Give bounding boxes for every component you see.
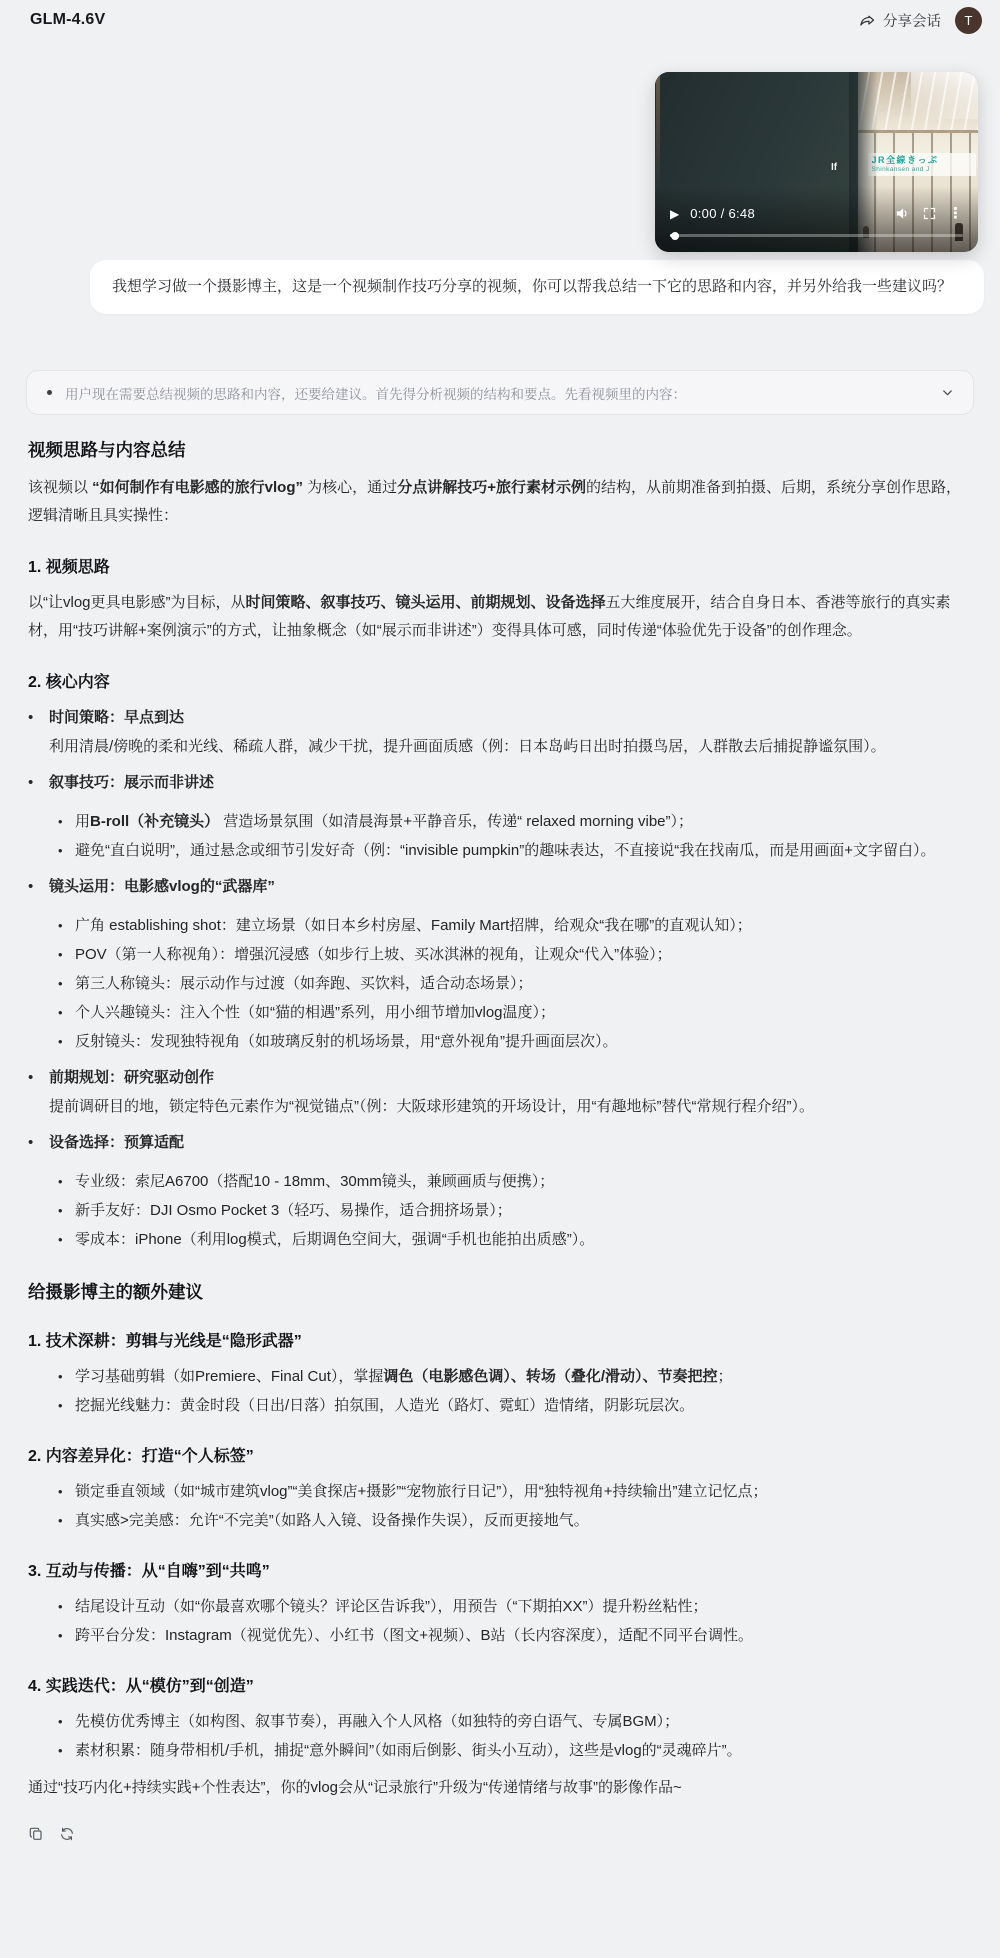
fullscreen-button[interactable] (922, 206, 937, 221)
answer-text: 广角 establishing shot：建立场景（如日本乡村房屋、Family… (75, 917, 752, 934)
user-message: 我想学习做一个摄影博主，这是一个视频制作技巧分享的视频，你可以帮我总结一下它的思… (90, 260, 984, 314)
answer-text: 2. 内容差异化：打造“个人标签” (28, 1448, 254, 1465)
answer-text: POV（第一人称视角）：增强沉浸感（如步行上坡、买冰淇淋的视角，让观众“代入”体… (75, 946, 672, 963)
answer-text-bold: 时间策略、叙事技巧、镜头运用、前期规划、设备选择 (246, 594, 606, 611)
answer-text: 锁定垂直领域（如“城市建筑vlog”“美食探店+摄影”“宠物旅行日记”），用“独… (75, 1483, 768, 1500)
list-item-text: 广角 establishing shot：建立场景（如日本乡村房屋、Family… (75, 912, 752, 939)
answer-text: 先模仿优秀博主（如构图、叙事节奏），再融入个人风格（如独特的旁白语气、专属BGM… (75, 1713, 679, 1730)
answer-block-li2: •用B-roll（补充镜头） 营造场景氛围（如清晨海景+平静音乐，传递“ rel… (58, 808, 970, 835)
bullet-icon: • (58, 1622, 75, 1649)
list-item-text: 个人兴趣镜头：注入个性（如“猫的相遇”系列，用小细节增加vlog温度）； (75, 999, 555, 1026)
regenerate-button[interactable] (59, 1826, 75, 1842)
answer-text: 个人兴趣镜头：注入个性（如“猫的相遇”系列，用小细节增加vlog温度）； (75, 1004, 555, 1021)
answer-block-h3: 2. 内容差异化：打造“个人标签” (28, 1443, 970, 1466)
chat-page: GLM-4.6V 分享会话 T JR全線きっぷ Shinkansen and J (0, 0, 1000, 1958)
answer-text: 跨平台分发：Instagram（视觉优先）、小红书（图文+视频）、B站（长内容深… (75, 1627, 753, 1644)
answer-block-li2: •POV（第一人称视角）：增强沉浸感（如步行上坡、买冰淇淋的视角，让观众“代入”… (58, 941, 970, 968)
list-item-text: 专业级：索尼A6700（搭配10 - 18mm、30mm镜头，兼顾画质与便携）； (75, 1168, 554, 1195)
answer-block-h3: 1. 技术深耕：剪辑与光线是“隐形武器” (28, 1328, 970, 1351)
answer-text-bold: 前期规划：研究驱动创作 (49, 1069, 214, 1086)
answer-block-li2: •广角 establishing shot：建立场景（如日本乡村房屋、Famil… (58, 912, 970, 939)
list-item-text: 先模仿优秀博主（如构图、叙事节奏），再融入个人风格（如独特的旁白语气、专属BGM… (75, 1708, 679, 1735)
answer-block-li2: •结尾设计互动（如“你最喜欢哪个镜头？评论区告诉我”），用预告（“下期拍XX”）… (58, 1593, 970, 1620)
list-item-text: POV（第一人称视角）：增强沉浸感（如步行上坡、买冰淇淋的视角，让观众“代入”体… (75, 941, 672, 968)
station-sign-line2: Shinkansen and J (872, 166, 972, 174)
user-message-row: 我想学习做一个摄影博主，这是一个视频制作技巧分享的视频，你可以帮我总结一下它的思… (0, 252, 1000, 314)
answer-text: 真实感>完美感：允许“不完美”（如路人入镜、设备操作失误），反而更接地气。 (75, 1512, 589, 1529)
bullet-icon: • (58, 970, 75, 997)
bullet-icon: • (58, 1226, 75, 1253)
bullet-icon: • (58, 1507, 75, 1534)
answer-block-h3: 1. 视频思路 (28, 554, 970, 577)
answer-text: 避免“直白说明”，通过悬念或细节引发好奇（例：“invisible pumpki… (75, 842, 935, 859)
share-icon (859, 12, 876, 29)
answer-block-li2: •个人兴趣镜头：注入个性（如“猫的相遇”系列，用小细节增加vlog温度）； (58, 999, 970, 1026)
app-header: GLM-4.6V 分享会话 T (0, 0, 1000, 40)
answer-block-lip: 提前调研目的地，锁定特色元素作为“视觉锚点”（例：大阪球形建筑的开场设计，用“有… (49, 1093, 970, 1120)
answer-text: 反射镜头：发现独特视角（如玻璃反射的机场场景，用“意外视角”提升画面层次）。 (75, 1033, 618, 1050)
video-overlay-text: If (831, 162, 837, 173)
answer-text: 用 (75, 813, 90, 830)
list-item-text: 真实感>完美感：允许“不完美”（如路人入镜、设备操作失误），反而更接地气。 (75, 1507, 589, 1534)
list-item-text: 跨平台分发：Instagram（视觉优先）、小红书（图文+视频）、B站（长内容深… (75, 1622, 753, 1649)
answer-block-li2: •挖掘光线魅力：黄金时段（日出/日落）拍氛围，人造光（路灯、霓虹）造情绪，阴影玩… (58, 1392, 970, 1419)
answer-text: 以“让vlog更具电影感”为目标，从 (28, 594, 246, 611)
answer-block-li1: •前期规划：研究驱动创作 (28, 1064, 970, 1091)
volume-button[interactable] (894, 205, 911, 222)
thinking-summary-bar[interactable]: 用户现在需要总结视频的思路和内容，还要给建议。首先得分析视频的结构和要点。先看视… (26, 370, 974, 415)
station-sign: JR全線きっぷ Shinkansen and J (868, 153, 976, 176)
answer-text-bold: 镜头运用：电影感vlog的“武器库” (49, 878, 275, 895)
answer-text: 该视频以 (28, 479, 92, 496)
bullet-icon: • (28, 1064, 49, 1091)
answer-block-li2: •跨平台分发：Instagram（视觉优先）、小红书（图文+视频）、B站（长内容… (58, 1622, 970, 1649)
answer-text-bold: 设备选择：预算适配 (49, 1134, 184, 1151)
answer-block-li1: •设备选择：预算适配 (28, 1129, 970, 1156)
answer-block-li2: •专业级：索尼A6700（搭配10 - 18mm、30mm镜头，兼顾画质与便携）… (58, 1168, 970, 1195)
video-player[interactable]: JR全線きっぷ Shinkansen and J If ▶ 0:00 / 6:4… (655, 72, 978, 252)
list-item-text: 反射镜头：发现独特视角（如玻璃反射的机场场景，用“意外视角”提升画面层次）。 (75, 1028, 618, 1055)
list-item-text: 锁定垂直领域（如“城市建筑vlog”“美食探店+摄影”“宠物旅行日记”），用“独… (75, 1478, 768, 1505)
bullet-icon: • (58, 999, 75, 1026)
answer-block-li2: •零成本：iPhone（利用log模式，后期调色空间大，强调“手机也能拍出质感”… (58, 1226, 970, 1253)
bullet-icon: • (28, 769, 49, 796)
bullet-icon: • (58, 837, 75, 864)
answer-text: 1. 视频思路 (28, 559, 110, 576)
answer-text: 零成本：iPhone（利用log模式，后期调色空间大，强调“手机也能拍出质感”）… (75, 1231, 594, 1248)
answer-block-h2: 视频思路与内容总结 (28, 437, 970, 462)
bullet-icon: • (58, 1197, 75, 1224)
answer-text: 给摄影博主的额外建议 (28, 1282, 203, 1302)
bullet-icon: • (28, 873, 49, 900)
answer-block-h3: 4. 实践迭代：从“模仿”到“创造” (28, 1673, 970, 1696)
list-item-text: 素材积累：随身带相机/手机，捕捉“意外瞬间”（如雨后倒影、街头小互动），这些是v… (75, 1737, 742, 1764)
video-time: 0:00 / 6:48 (690, 206, 755, 221)
answer-block-h3: 3. 互动与传播：从“自嗨”到“共鸣” (28, 1558, 970, 1581)
answer-block-li2: •锁定垂直领域（如“城市建筑vlog”“美食探店+摄影”“宠物旅行日记”），用“… (58, 1478, 970, 1505)
video-progress-knob[interactable] (671, 232, 679, 240)
bullet-icon: • (58, 1392, 75, 1419)
video-thumbnail-edge-light (656, 74, 660, 193)
list-item-text: 叙事技巧：展示而非讲述 (49, 769, 214, 796)
answer-text: 结尾设计互动（如“你最喜欢哪个镜头？评论区告诉我”），用预告（“下期拍XX”）提… (75, 1598, 708, 1615)
share-label: 分享会话 (883, 10, 941, 31)
video-progress-bar[interactable] (670, 234, 963, 237)
station-sign-line1: JR全線きっぷ (872, 155, 972, 166)
answer-text: 3. 互动与传播：从“自嗨”到“共鸣” (28, 1563, 270, 1580)
answer-block-h2: 给摄影博主的额外建议 (28, 1279, 970, 1304)
bullet-icon: • (58, 808, 75, 835)
bullet-icon: • (58, 1708, 75, 1735)
answer-block-h3: 2. 核心内容 (28, 669, 970, 692)
copy-button[interactable] (28, 1826, 44, 1842)
list-item-text: 时间策略：早点到达 (49, 704, 184, 731)
answer-text: 通过“技巧内化+持续实践+个性表达”，你的vlog会从“记录旅行”升级为“传递情… (28, 1779, 682, 1796)
answer-block-li2: •反射镜头：发现独特视角（如玻璃反射的机场场景，用“意外视角”提升画面层次）。 (58, 1028, 970, 1055)
list-item-text: 新手友好：DJI Osmo Pocket 3（轻巧、易操作，适合拥挤场景）； (75, 1197, 512, 1224)
list-item-text: 避免“直白说明”，通过悬念或细节引发好奇（例：“invisible pumpki… (75, 837, 935, 864)
message-actions (28, 1826, 1000, 1842)
answer-block-lip: 利用清晨/傍晚的柔和光线、稀疏人群，减少干扰，提升画面质感（例：日本岛屿日出时拍… (49, 733, 970, 760)
answer-block-p: 该视频以 “如何制作有电影感的旅行vlog” 为核心，通过分点讲解技巧+旅行素材… (28, 474, 970, 530)
answer-block-p: 通过“技巧内化+持续实践+个性表达”，你的vlog会从“记录旅行”升级为“传递情… (28, 1774, 970, 1802)
answer-text: 学习基础剪辑（如Premiere、Final Cut），掌握 (75, 1368, 383, 1385)
answer-text: 利用清晨/傍晚的柔和光线、稀疏人群，减少干扰，提升画面质感（例：日本岛屿日出时拍… (49, 738, 886, 755)
list-item-text: 设备选择：预算适配 (49, 1129, 184, 1156)
more-options-button[interactable]: ⋮ (948, 206, 963, 221)
answer-text: 素材积累：随身带相机/手机，捕捉“意外瞬间”（如雨后倒影、街头小互动），这些是v… (75, 1742, 742, 1759)
list-item-text: 第三人称镜头：展示动作与过渡（如奔跑、买饮料，适合动态场景）； (75, 970, 533, 997)
assistant-message: 视频思路与内容总结该视频以 “如何制作有电影感的旅行vlog” 为核心，通过分点… (0, 415, 1000, 1802)
answer-text: 挖掘光线魅力：黄金时段（日出/日落）拍氛围，人造光（路灯、霓虹）造情绪，阴影玩层… (75, 1397, 694, 1414)
answer-text: 专业级：索尼A6700（搭配10 - 18mm、30mm镜头，兼顾画质与便携）； (75, 1173, 554, 1190)
list-item-text: 结尾设计互动（如“你最喜欢哪个镜头？评论区告诉我”），用预告（“下期拍XX”）提… (75, 1593, 708, 1620)
answer-block-li2: •避免“直白说明”，通过悬念或细节引发好奇（例：“invisible pumpk… (58, 837, 970, 864)
answer-text-bold: B-roll（补充镜头） (90, 813, 219, 830)
list-item-text: 零成本：iPhone（利用log模式，后期调色空间大，强调“手机也能拍出质感”）… (75, 1226, 594, 1253)
bullet-icon (47, 390, 52, 395)
answer-text: ； (718, 1368, 733, 1385)
bullet-icon: • (58, 1593, 75, 1620)
bullet-icon: • (58, 1363, 75, 1390)
answer-text: 4. 实践迭代：从“模仿”到“创造” (28, 1678, 254, 1695)
answer-text: 营造场景氛围（如清晨海景+平静音乐，传递“ relaxed morning vi… (219, 813, 693, 830)
station-sky (911, 72, 979, 119)
answer-text-bold: 时间策略：早点到达 (49, 709, 184, 726)
answer-block-p: 以“让vlog更具电影感”为目标，从时间策略、叙事技巧、镜头运用、前期规划、设备… (28, 589, 970, 645)
play-button[interactable]: ▶ (670, 208, 679, 220)
answer-text: 提前调研目的地，锁定特色元素作为“视觉锚点”（例：大阪球形建筑的开场设计，用“有… (49, 1098, 814, 1115)
answer-text-bold: 分点讲解技巧+旅行素材示例 (397, 479, 586, 496)
video-message-row: JR全線きっぷ Shinkansen and J If ▶ 0:00 / 6:4… (0, 72, 1000, 252)
answer-block-li2: •学习基础剪辑（如Premiere、Final Cut），掌握调色（电影感色调）… (58, 1363, 970, 1390)
app-title: GLM-4.6V (30, 11, 105, 29)
list-item-text: 前期规划：研究驱动创作 (49, 1064, 214, 1091)
thinking-summary-text: 用户现在需要总结视频的思路和内容，还要给建议。首先得分析视频的结构和要点。先看视… (65, 383, 930, 403)
answer-text: 新手友好：DJI Osmo Pocket 3（轻巧、易操作，适合拥挤场景）； (75, 1202, 512, 1219)
answer-block-li1: •镜头运用：电影感vlog的“武器库” (28, 873, 970, 900)
answer-block-li2: •第三人称镜头：展示动作与过渡（如奔跑、买饮料，适合动态场景）； (58, 970, 970, 997)
bullet-icon: • (58, 941, 75, 968)
bullet-icon: • (58, 912, 75, 939)
bullet-icon: • (28, 1129, 49, 1156)
answer-text: 第三人称镜头：展示动作与过渡（如奔跑、买饮料，适合动态场景）； (75, 975, 533, 992)
answer-block-li2: •先模仿优秀博主（如构图、叙事节奏），再融入个人风格（如独特的旁白语气、专属BG… (58, 1708, 970, 1735)
list-item-text: 学习基础剪辑（如Premiere、Final Cut），掌握调色（电影感色调）、… (75, 1363, 733, 1390)
list-item-text: 用B-roll（补充镜头） 营造场景氛围（如清晨海景+平静音乐，传递“ rela… (75, 808, 693, 835)
answer-block-li2: •新手友好：DJI Osmo Pocket 3（轻巧、易操作，适合拥挤场景）； (58, 1197, 970, 1224)
bullet-icon: • (58, 1028, 75, 1055)
answer-text-bold: 调色（电影感色调）、转场（叠化/滑动）、节奏把控 (383, 1368, 717, 1385)
answer-block-li2: •素材积累：随身带相机/手机，捕捉“意外瞬间”（如雨后倒影、街头小互动），这些是… (58, 1737, 970, 1764)
answer-text-bold: 叙事技巧：展示而非讲述 (49, 774, 214, 791)
answer-text: 1. 技术深耕：剪辑与光线是“隐形武器” (28, 1333, 302, 1350)
answer-text: 为核心，通过 (303, 479, 397, 496)
answer-block-li1: •时间策略：早点到达 (28, 704, 970, 731)
list-item-text: 镜头运用：电影感vlog的“武器库” (49, 873, 275, 900)
bullet-icon: • (58, 1478, 75, 1505)
share-button[interactable]: 分享会话 (859, 10, 941, 31)
bullet-icon: • (28, 704, 49, 731)
answer-text: 2. 核心内容 (28, 674, 110, 691)
list-item-text: 挖掘光线魅力：黄金时段（日出/日落）拍氛围，人造光（路灯、霓虹）造情绪，阴影玩层… (75, 1392, 694, 1419)
answer-text: 视频思路与内容总结 (28, 440, 186, 460)
answer-block-li1: •叙事技巧：展示而非讲述 (28, 769, 970, 796)
answer-block-li2: •真实感>完美感：允许“不完美”（如路人入镜、设备操作失误），反而更接地气。 (58, 1507, 970, 1534)
answer-text-bold: “如何制作有电影感的旅行vlog” (92, 479, 303, 496)
bullet-icon: • (58, 1168, 75, 1195)
avatar[interactable]: T (955, 7, 982, 34)
bullet-icon: • (58, 1737, 75, 1764)
chevron-down-icon[interactable] (940, 385, 955, 400)
video-controls: ▶ 0:00 / 6:48 ⋮ (655, 205, 978, 222)
